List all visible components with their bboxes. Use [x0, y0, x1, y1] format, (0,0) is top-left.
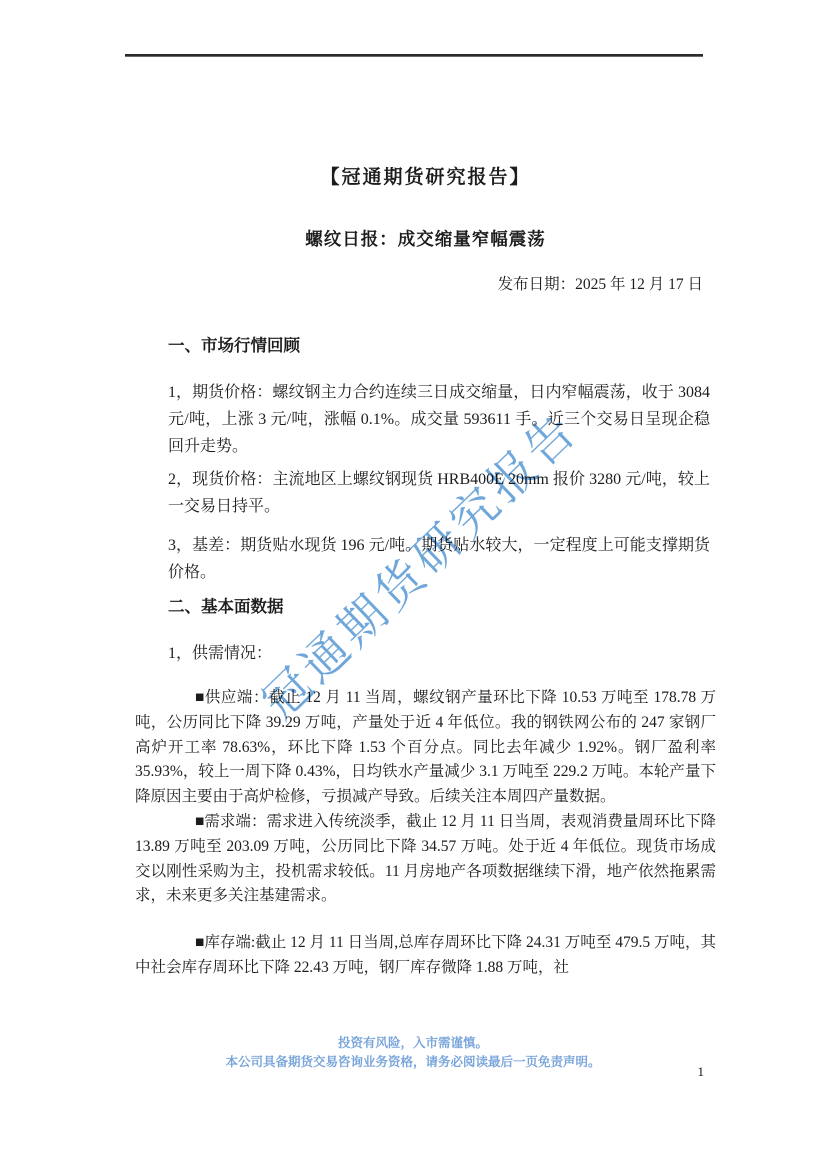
- paragraph-demand: ■需求端：需求进入传统淡季，截止 12 月 11 日当周，表观消费量周环比下降 …: [135, 810, 716, 909]
- paragraph-futures-price: 1，期货价格：螺纹钢主力合约连续三日成交缩量，日内窄幅震荡，收于 3084 元/…: [168, 379, 710, 460]
- report-body: 【冠通期货研究报告】 螺纹日报：成交缩量窄幅震荡 发布日期：2025 年 12 …: [135, 0, 716, 981]
- paragraph-supply: ■供应端：截止 12 月 11 当周，螺纹钢产量环比下降 10.53 万吨至 1…: [135, 686, 716, 810]
- subheading-supply-demand: 1，供需情况：: [168, 644, 716, 664]
- publish-date: 发布日期：2025 年 12 月 17 日: [135, 275, 703, 295]
- section-heading-market-review: 一、市场行情回顾: [168, 335, 716, 357]
- report-page: 冠通期货研究报告 【冠通期货研究报告】 螺纹日报：成交缩量窄幅震荡 发布日期：2…: [0, 0, 826, 1169]
- section-heading-fundamentals: 二、基本面数据: [168, 596, 716, 618]
- footer-risk-warning: 投资有风险，入市需谨慎。: [0, 1034, 826, 1053]
- page-number: 1: [698, 1064, 705, 1080]
- paragraph-inventory: ■库存端:截止 12 月 11 日当周,总库存周环比下降 24.31 万吨至 4…: [135, 931, 716, 981]
- paragraph-basis: 3，基差：期货贴水现货 196 元/吨。期货贴水较大，一定程度上可能支撑期货价格…: [168, 532, 710, 586]
- paragraph-spot-price: 2，现货价格：主流地区上螺纹钢现货 HRB400E 20mm 报价 3280 元…: [168, 466, 710, 520]
- report-series-title: 【冠通期货研究报告】: [135, 165, 716, 191]
- report-title: 螺纹日报：成交缩量窄幅震荡: [135, 227, 716, 251]
